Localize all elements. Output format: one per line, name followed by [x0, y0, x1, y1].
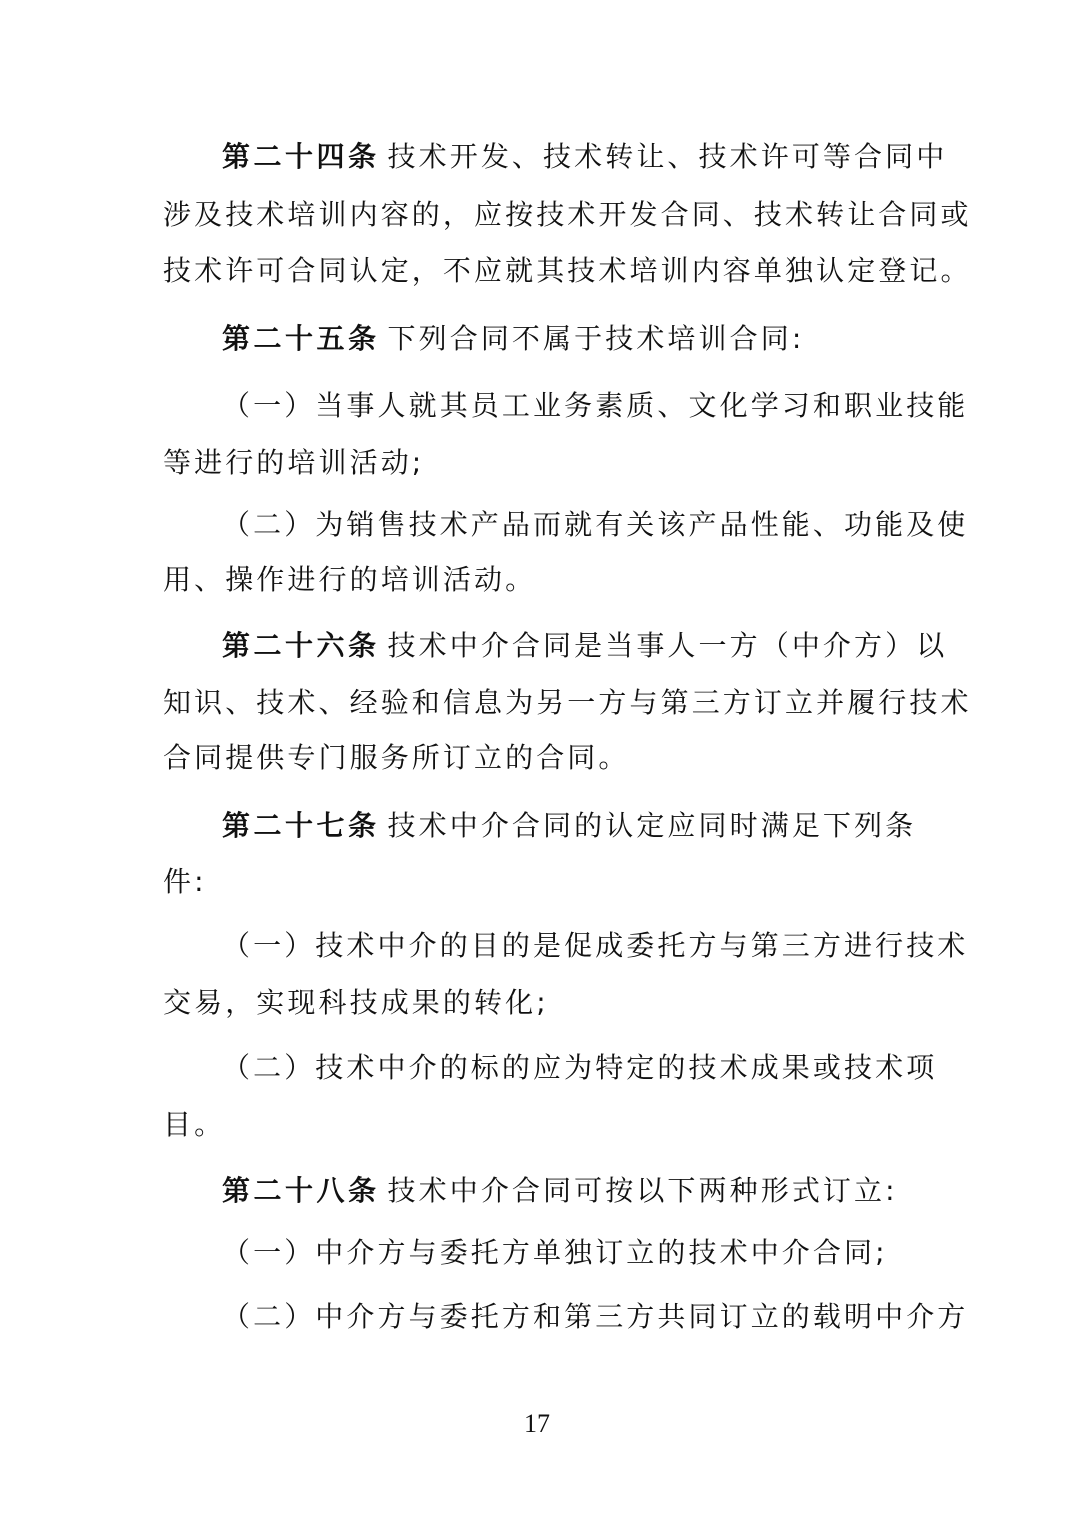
- article-27-line-2: 件:: [163, 862, 913, 902]
- article-25-number: 第二十五条: [222, 322, 380, 355]
- article-27-text: 技术中介合同的认定应同时满足下列条: [388, 809, 917, 842]
- article-27-item-2-line-2: 目。: [163, 1105, 913, 1145]
- article-26-line-3: 合同提供专门服务所订立的合同。: [163, 738, 913, 778]
- document-page: 第二十四条技术开发、技术转让、技术许可等合同中 涉及技术培训内容的，应按技术开发…: [0, 0, 1074, 1520]
- article-24-line-2: 涉及技术培训内容的，应按技术开发合同、技术转让合同或: [163, 195, 913, 235]
- article-27-item-1-line-2: 交易，实现科技成果的转化;: [163, 983, 913, 1023]
- article-27-item-2-line-1: （二）技术中介的标的应为特定的技术成果或技术项: [222, 1048, 912, 1088]
- article-26-line-2: 知识、技术、经验和信息为另一方与第三方订立并履行技术: [163, 683, 913, 723]
- article-28-line-1: 第二十八条技术中介合同可按以下两种形式订立:: [222, 1171, 912, 1211]
- article-24-number: 第二十四条: [222, 140, 380, 173]
- article-26-text: 技术中介合同是当事人一方（中介方）以: [388, 629, 948, 662]
- article-25-item-1-line-1: （一）当事人就其员工业务素质、文化学习和职业技能: [222, 386, 912, 426]
- article-25-line-1: 第二十五条下列合同不属于技术培训合同:: [222, 319, 912, 359]
- article-25-item-1-line-2: 等进行的培训活动;: [163, 443, 913, 483]
- article-28-item-2-line-1: （二）中介方与委托方和第三方共同订立的载明中介方: [222, 1297, 912, 1337]
- article-25-item-2-line-2: 用、操作进行的培训活动。: [163, 560, 913, 600]
- article-24-line-3: 技术许可合同认定，不应就其技术培训内容单独认定登记。: [163, 251, 913, 291]
- page-number: 17: [0, 1407, 1074, 1441]
- article-26-line-1: 第二十六条技术中介合同是当事人一方（中介方）以: [222, 626, 912, 666]
- article-28-text: 技术中介合同可按以下两种形式订立:: [388, 1174, 898, 1207]
- article-25-item-2-line-1: （二）为销售技术产品而就有关该产品性能、功能及使: [222, 505, 912, 545]
- article-24-text: 技术开发、技术转让、技术许可等合同中: [388, 140, 948, 173]
- article-28-number: 第二十八条: [222, 1174, 380, 1207]
- article-26-number: 第二十六条: [222, 629, 380, 662]
- article-25-text: 下列合同不属于技术培训合同:: [388, 322, 805, 355]
- article-24-line-1: 第二十四条技术开发、技术转让、技术许可等合同中: [222, 137, 912, 177]
- article-27-line-1: 第二十七条技术中介合同的认定应同时满足下列条: [222, 806, 912, 846]
- article-27-number: 第二十七条: [222, 809, 380, 842]
- article-28-item-1-line-1: （一）中介方与委托方单独订立的技术中介合同;: [222, 1233, 912, 1273]
- article-27-item-1-line-1: （一）技术中介的目的是促成委托方与第三方进行技术: [222, 926, 912, 966]
